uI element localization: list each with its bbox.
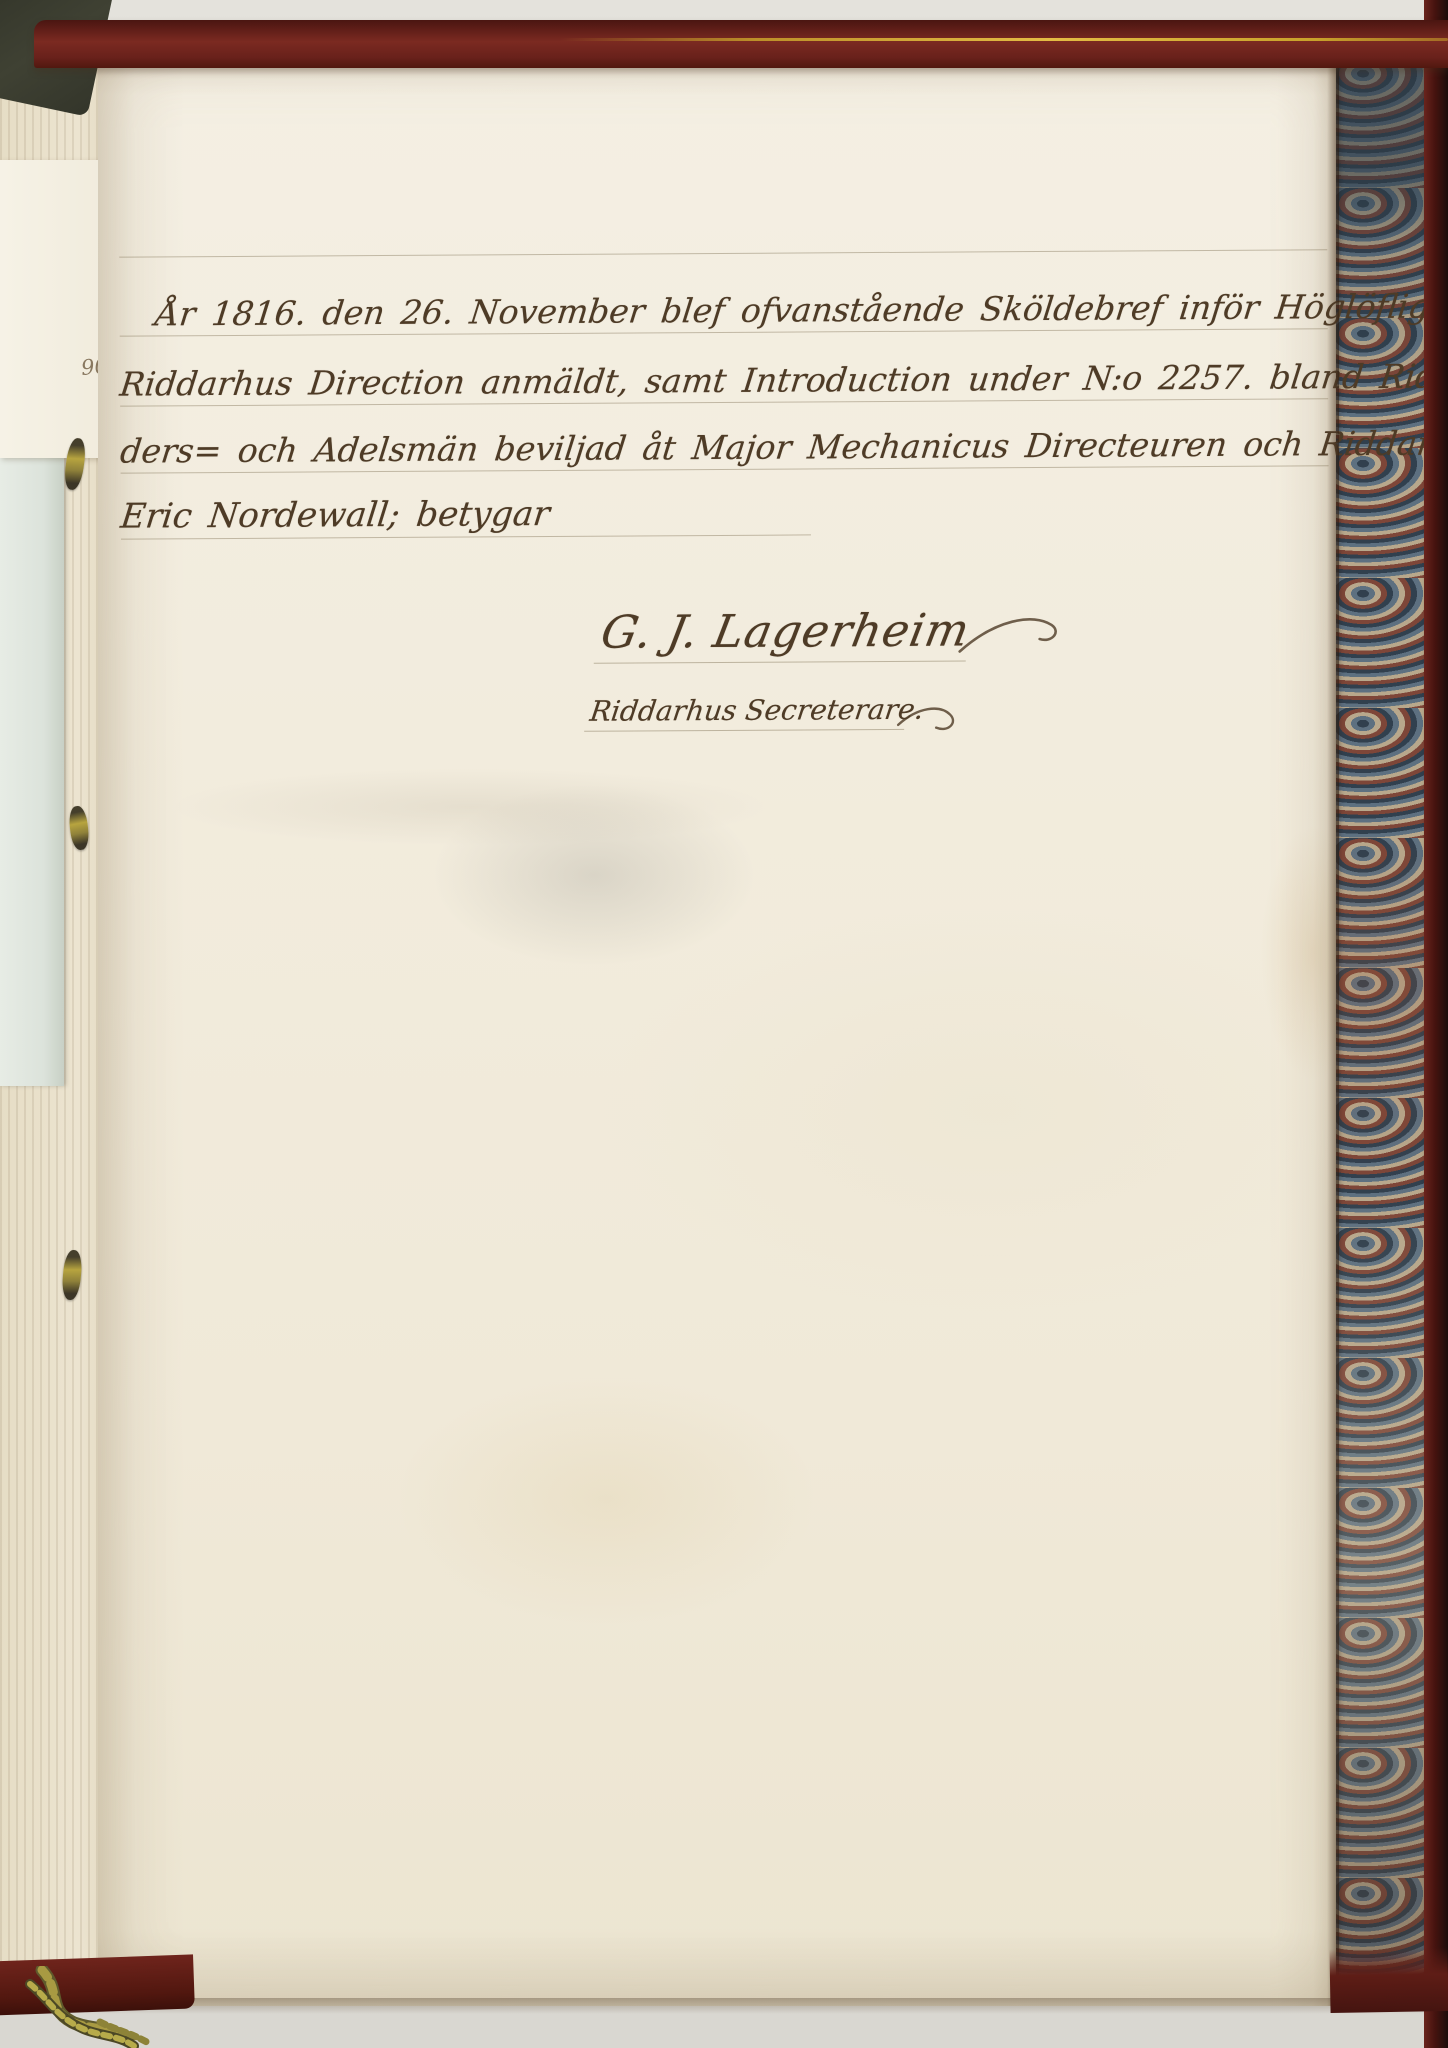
secretary-signature: G. J. Lagerheim (593, 560, 966, 663)
binding-cord-tail (96, 2018, 156, 2048)
interleaf-blue-page (0, 430, 64, 1086)
marbled-endpaper-strip (1336, 58, 1428, 1996)
manuscript-line-4: Eric Nordewall; betygar (121, 469, 811, 539)
manuscript-text-block: År 1816. den 26. November blef ofvanståe… (92, 52, 1344, 2010)
cover-top-edge (34, 20, 1448, 68)
cover-bottom-right-edge (1329, 1947, 1448, 2013)
manuscript-line-3: ders= och Adelsmän beviljad åt Major Mec… (120, 398, 1328, 473)
page-gutter-shadow (1327, 56, 1339, 2006)
manuscript-line-2: Riddarhus Direction anmäldt, samt Introd… (120, 330, 1328, 406)
scanned-book-page: 2. 904. År 1816. den 26. November blef o… (0, 0, 1448, 2048)
cover-spine-edge (1424, 0, 1448, 2048)
manuscript-line-1: År 1816. den 26. November blef ofvanståe… (119, 252, 1327, 336)
secretary-title: Riddarhus Secreterare. (584, 667, 904, 732)
gold-fillet-line (560, 38, 1448, 41)
